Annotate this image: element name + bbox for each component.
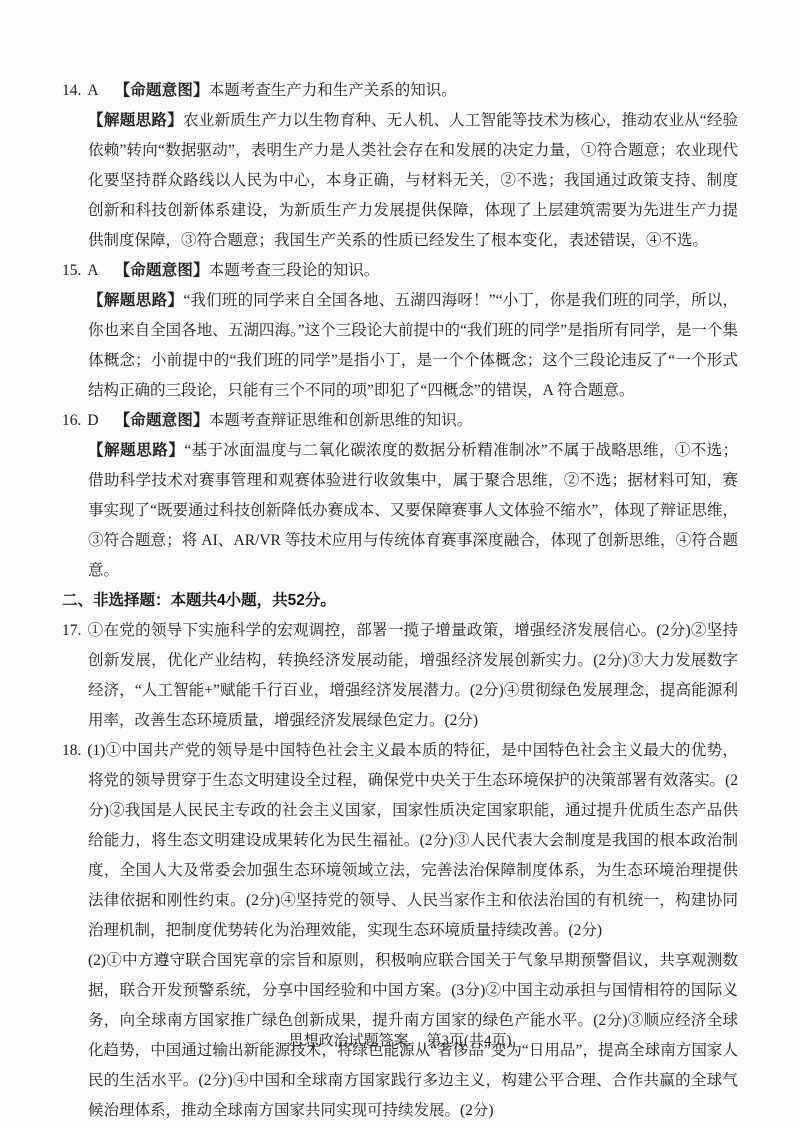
question-number-15: 15. (62, 262, 87, 279)
intent-text-14: 本题考查生产力和生产关系的知识。 (209, 82, 457, 99)
intent-text-15: 本题考查三段论的知识。 (209, 262, 380, 279)
answer-item-17: 17.①在党的领导下实施科学的宏观调控，部署一揽子增量政策，增强经济发展信心。(… (62, 616, 738, 736)
answer-para-18-part1: 18.(1)①中国共产党的领导是中国特色社会主义最本质的特征，是中国特色社会主义… (88, 736, 738, 946)
intent-label-14: 【命题意图】 (115, 82, 209, 99)
analysis-text-16: “基于冰面温度与二氧化碳浓度的数据分析精准制冰”不属于战略思维，①不选；借助科学… (88, 442, 738, 579)
question-number-18: 18. (62, 742, 87, 759)
answer-content: 14.A【命题意图】本题考查生产力和生产关系的知识。 【解题思路】农业新质生产力… (62, 76, 738, 1126)
answer-item-18: 18.(1)①中国共产党的领导是中国特色社会主义最本质的特征，是中国特色社会主义… (62, 736, 738, 1126)
footer-title: 思想政治试题答案 (288, 1028, 408, 1054)
answer-item-16: 16.D【命题意图】本题考查辩证思维和创新思维的知识。 【解题思路】“基于冰面温… (62, 406, 738, 586)
analysis-text-14: 农业新质生产力以生物育种、无人机、人工智能等技术为核心，推动农业从“经验依赖”转… (88, 112, 738, 249)
intent-text-16: 本题考查辩证思维和创新思维的知识。 (209, 412, 473, 429)
intent-line-16: 16.D【命题意图】本题考查辩证思维和创新思维的知识。 (88, 406, 738, 436)
answer-letter-16: D (87, 412, 114, 429)
exam-answer-page: { "page": { "background_color": "#fbfbf9… (0, 0, 800, 1122)
answer-text-17: ①在党的领导下实施科学的宏观调控，部署一揽子增量政策，增强经济发展信心。(2分)… (87, 622, 738, 729)
analysis-label-14: 【解题思路】 (88, 112, 183, 129)
question-number-14: 14. (62, 82, 87, 99)
intent-line-14: 14.A【命题意图】本题考查生产力和生产关系的知识。 (88, 76, 738, 106)
section-two-heading: 二、非选择题：本题共4小题，共52分。 (62, 586, 738, 616)
answer-letter-14: A (87, 82, 114, 99)
analysis-para-16: 【解题思路】“基于冰面温度与二氧化碳浓度的数据分析精准制冰”不属于战略思维，①不… (88, 436, 738, 586)
analysis-para-15: 【解题思路】“我们班的同学来自全国各地、五湖四海呀！”“小丁，你是我们班的同学，… (88, 286, 738, 406)
analysis-label-15: 【解题思路】 (88, 292, 183, 309)
answer-item-15: 15.A【命题意图】本题考查三段论的知识。 【解题思路】“我们班的同学来自全国各… (62, 256, 738, 406)
analysis-text-15: “我们班的同学来自全国各地、五湖四海呀！”“小丁，你是我们班的同学，所以，你也来… (88, 292, 738, 399)
question-number-17: 17. (62, 622, 87, 639)
footer-page-indicator: 第3页(共4页) (427, 1028, 512, 1054)
answer-text-18-part1: (1)①中国共产党的领导是中国特色社会主义最本质的特征，是中国特色社会主义最大的… (87, 742, 738, 939)
question-number-16: 16. (62, 412, 87, 429)
answer-para-17: 17.①在党的领导下实施科学的宏观调控，部署一揽子增量政策，增强经济发展信心。(… (88, 616, 738, 736)
analysis-label-16: 【解题思路】 (88, 442, 184, 459)
answer-letter-15: A (87, 262, 114, 279)
page-footer: 思想政治试题答案 第3页(共4页) (0, 1028, 800, 1054)
analysis-para-14: 【解题思路】农业新质生产力以生物育种、无人机、人工智能等技术为核心，推动农业从“… (88, 106, 738, 256)
intent-line-15: 15.A【命题意图】本题考查三段论的知识。 (88, 256, 738, 286)
answer-item-14: 14.A【命题意图】本题考查生产力和生产关系的知识。 【解题思路】农业新质生产力… (62, 76, 738, 256)
intent-label-15: 【命题意图】 (115, 262, 209, 279)
intent-label-16: 【命题意图】 (115, 412, 209, 429)
